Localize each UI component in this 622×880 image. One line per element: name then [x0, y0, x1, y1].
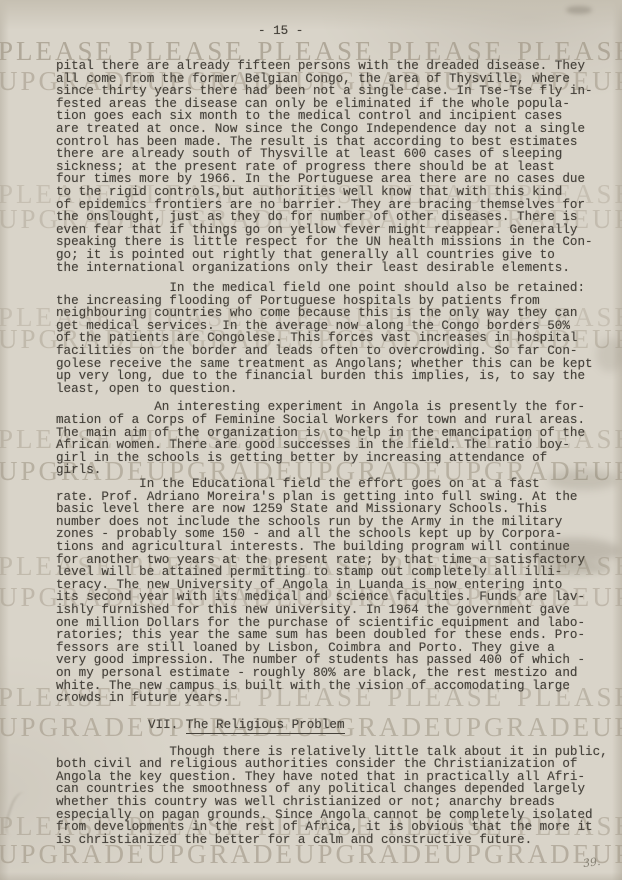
text-line: both civil and religious authorities con… — [56, 758, 612, 771]
text-line: level will be attained permitting to sta… — [56, 566, 612, 579]
text-line: go; it is pointed out rightly that gener… — [56, 249, 612, 262]
text-line: ratories; this year the same sum has bee… — [56, 629, 612, 642]
text-line: facilities on the border and leads often… — [56, 345, 612, 358]
text-line: ishly furnished for this new university.… — [56, 604, 612, 617]
text-line: crowds in future years. — [56, 692, 612, 705]
corner-pencil-note: 39. — [582, 855, 601, 870]
typewritten-text-column: - 15 - pital there are already fifteen p… — [56, 25, 612, 846]
text-line: girls. — [56, 464, 612, 477]
paragraph: In the medical field one point should al… — [56, 282, 612, 395]
ink-smudge — [566, 6, 592, 14]
text-line: up very long, due to the financial burde… — [56, 370, 612, 383]
text-line: African women. There are good successes … — [56, 439, 612, 452]
section-heading-number: VII. — [148, 718, 186, 732]
text-line: whether this country was well christiani… — [56, 796, 612, 809]
text-line: are treated at once. Now since the Congo… — [56, 123, 612, 136]
text-line: In the medical field one point should al… — [56, 282, 612, 295]
page-number: - 15 - — [258, 25, 612, 38]
scanned-document-page: PLEASEPLEASEPLEASEPLEASEPLEASEUPGRADEUPG… — [0, 0, 622, 880]
body-paragraphs-bottom: Though there is relatively little talk a… — [56, 746, 612, 847]
text-line: is christianized the better for a calm a… — [56, 834, 612, 847]
pencil-mark — [1, 789, 38, 840]
text-line: the international organizations only the… — [56, 262, 612, 275]
text-line: girl in the schools is getting better by… — [56, 452, 612, 465]
text-line: from developments in the rest of Africa,… — [56, 821, 612, 834]
body-paragraphs-top: pital there are already fifteen persons … — [56, 60, 612, 705]
paragraph: pital there are already fifteen persons … — [56, 60, 612, 274]
paragraph: An interesting experiment in Angola is p… — [56, 401, 612, 477]
text-line: neighbouring countries who come because … — [56, 307, 612, 320]
section-heading-title: The Religious Problem — [186, 718, 345, 734]
text-line: to the rigid controls,but authorities we… — [56, 186, 612, 199]
paragraph: In the Educational field the effort goes… — [56, 478, 612, 705]
text-line: pital there are already fifteen persons … — [56, 60, 612, 73]
text-line: mation of a Corps of Feminine Social Wor… — [56, 414, 612, 427]
text-line: there are already south of Thysville at … — [56, 148, 612, 161]
text-line: the onslought, just as they do for numbe… — [56, 211, 612, 224]
text-line: least, open to question. — [56, 383, 612, 396]
text-line: since thirty years there had been not a … — [56, 85, 612, 98]
text-line: tions and agricultural interests. The bu… — [56, 541, 612, 554]
text-line: In the Educational field the effort goes… — [56, 478, 612, 491]
paragraph: Though there is relatively little talk a… — [56, 746, 612, 847]
text-line: basic level there are now 1259 State and… — [56, 503, 612, 516]
text-line: on my personal estimate - roughly 80% ar… — [56, 667, 612, 680]
section-heading: VII. The Religious Problem — [148, 719, 612, 733]
